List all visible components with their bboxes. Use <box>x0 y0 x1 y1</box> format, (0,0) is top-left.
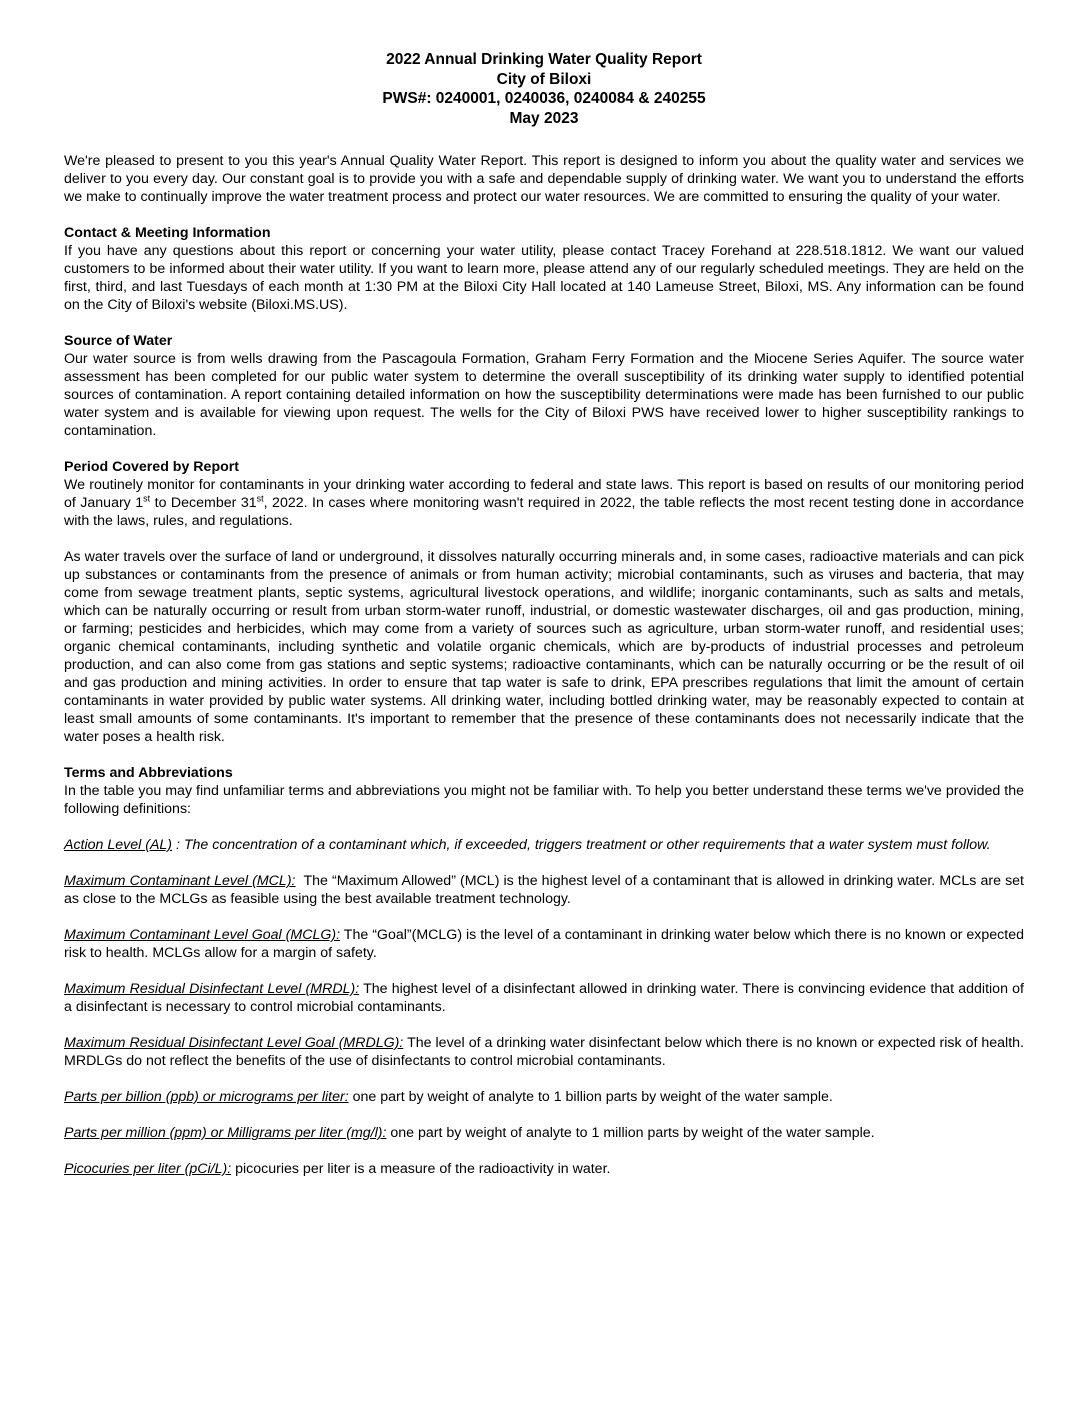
definition-pci: Picocuries per liter (pCi/L): picocuries… <box>64 1160 1024 1178</box>
term-label: Action Level (AL) <box>64 837 172 853</box>
term-label: Maximum Residual Disinfectant Level (MRD… <box>64 981 359 997</box>
report-pws-numbers: PWS#: 0240001, 0240036, 0240084 & 240255 <box>0 89 1088 109</box>
definition-action-level: Action Level (AL) : The concentration of… <box>64 836 1024 854</box>
intro-paragraph: We're pleased to present to you this yea… <box>64 152 1024 206</box>
terms-heading: Terms and Abbreviations <box>64 764 1024 782</box>
source-paragraph: Our water source is from wells drawing f… <box>64 350 1024 440</box>
document-page: 2022 Annual Drinking Water Quality Repor… <box>0 0 1088 1408</box>
term-label: Maximum Contaminant Level Goal (MCLG): <box>64 927 340 943</box>
report-body: We're pleased to present to you this yea… <box>64 152 1024 1178</box>
term-definition: picocuries per liter is a measure of the… <box>235 1161 610 1177</box>
definition-mrdlg: Maximum Residual Disinfectant Level Goal… <box>64 1034 1024 1070</box>
term-label: Picocuries per liter (pCi/L): <box>64 1161 231 1177</box>
terms-intro: In the table you may find unfamiliar ter… <box>64 782 1024 818</box>
definition-mrdl: Maximum Residual Disinfectant Level (MRD… <box>64 980 1024 1016</box>
term-definition: one part by weight of analyte to 1 milli… <box>390 1125 874 1141</box>
term-label: Maximum Contaminant Level (MCL): <box>64 873 295 889</box>
term-label: Maximum Residual Disinfectant Level Goal… <box>64 1035 403 1051</box>
definition-ppb: Parts per billion (ppb) or micrograms pe… <box>64 1088 1024 1106</box>
period-paragraph: We routinely monitor for contaminants in… <box>64 476 1024 530</box>
contact-heading: Contact & Meeting Information <box>64 224 1024 242</box>
report-title: 2022 Annual Drinking Water Quality Repor… <box>0 50 1088 70</box>
term-label: Parts per million (ppm) or Milligrams pe… <box>64 1125 386 1141</box>
period-heading: Period Covered by Report <box>64 458 1024 476</box>
term-definition: one part by weight of analyte to 1 billi… <box>353 1089 833 1105</box>
definition-mclg: Maximum Contaminant Level Goal (MCLG): T… <box>64 926 1024 962</box>
term-label: Parts per billion (ppb) or micrograms pe… <box>64 1089 349 1105</box>
definition-ppm: Parts per million (ppm) or Milligrams pe… <box>64 1124 1024 1142</box>
definition-mcl: Maximum Contaminant Level (MCL): The “Ma… <box>64 872 1024 908</box>
contaminants-paragraph: As water travels over the surface of lan… <box>64 548 1024 746</box>
source-heading: Source of Water <box>64 332 1024 350</box>
report-city: City of Biloxi <box>0 70 1088 90</box>
contact-paragraph: If you have any questions about this rep… <box>64 242 1024 314</box>
report-date: May 2023 <box>0 109 1088 129</box>
term-definition: The concentration of a contaminant which… <box>184 837 991 853</box>
report-header: 2022 Annual Drinking Water Quality Repor… <box>0 50 1088 128</box>
